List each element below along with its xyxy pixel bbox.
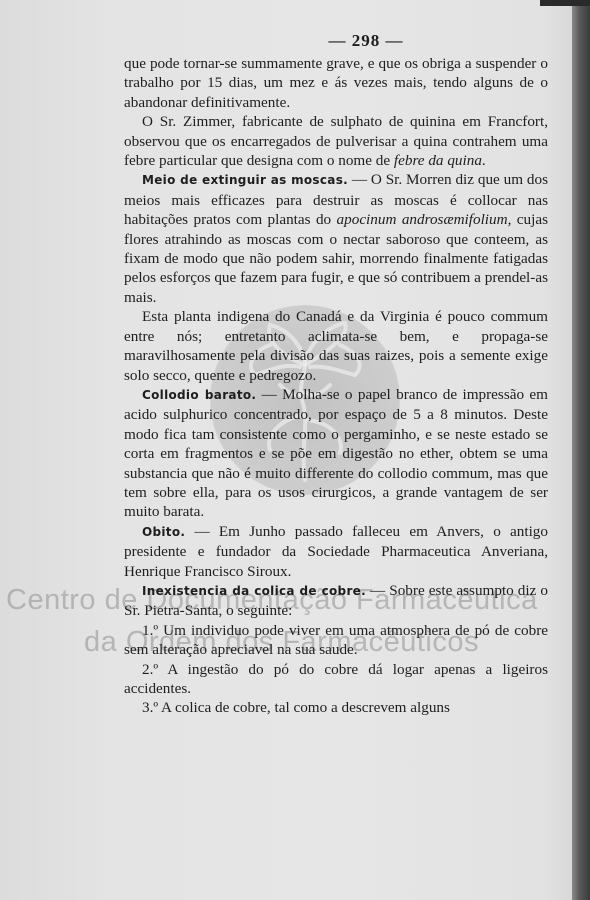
paragraph-text: — Em Junho passado falleceu em Anvers, o… (124, 523, 548, 580)
list-item: 1.º Um individuo pode viver em uma atmos… (124, 621, 548, 660)
italic-term: apocinum androsæmifolium (337, 211, 508, 228)
list-item: 3.º A colica de cobre, tal como a descre… (124, 698, 548, 717)
section-moscas: Meio de extinguir as moscas. — O Sr. Mor… (124, 170, 548, 307)
section-heading: Meio de extinguir as moscas. (142, 173, 348, 187)
numbered-list: 1.º Um individuo pode viver em uma atmos… (124, 621, 548, 718)
paragraph-planta: Esta planta indigena do Canadá e da Virg… (124, 307, 548, 385)
book-spine-edge (572, 0, 590, 900)
section-heading: Collodio barato. (142, 388, 256, 402)
paragraph-continuation: que pode tornar-se summamente grave, e q… (124, 54, 548, 112)
scanned-page: Centro de Documentação Farmacêutica da O… (0, 0, 572, 900)
punctuation: . (482, 152, 486, 169)
list-item: 2.º A ingestão do pó do cobre dá logar a… (124, 660, 548, 699)
section-obito: Obito. — Em Junho passado falleceu em An… (124, 522, 548, 581)
paragraph-text: — Molha-se o papel branco de impressão e… (124, 386, 548, 520)
section-heading: Obito. (142, 525, 185, 539)
section-colica: Inexistencia da colica de cobre. — Sobre… (124, 581, 548, 621)
paragraph-zimmer: O Sr. Zimmer, fabricante de sulphato de … (124, 112, 548, 170)
italic-term: febre da quina (394, 152, 482, 169)
scan-shadow (540, 0, 590, 6)
page-number: — 298 — (124, 30, 548, 52)
section-collodio: Collodio barato. — Molha-se o papel bran… (124, 385, 548, 522)
page-body: — 298 — que pode tornar-se summamente gr… (124, 30, 548, 718)
section-heading: Inexistencia da colica de cobre. (142, 584, 366, 598)
